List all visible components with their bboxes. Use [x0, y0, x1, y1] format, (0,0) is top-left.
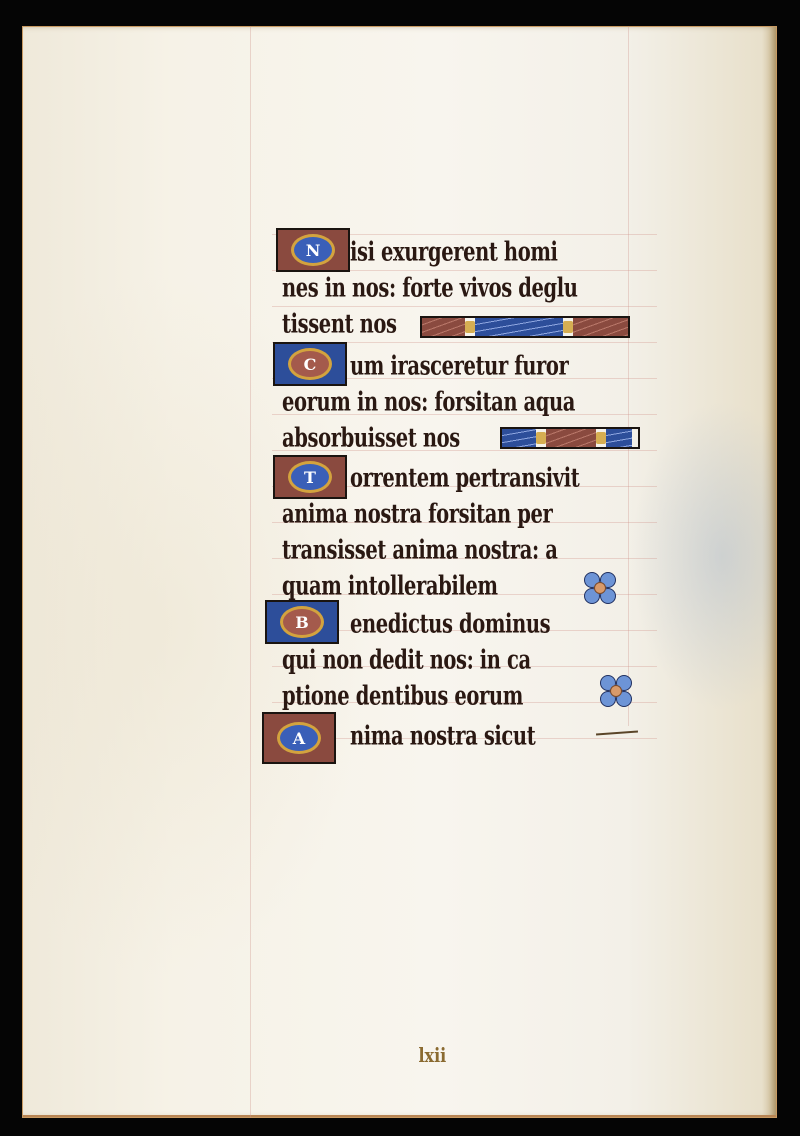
line-filler-ornament — [420, 316, 630, 338]
initial-core: A — [277, 722, 321, 754]
folio-number: lxii — [418, 1043, 446, 1067]
text-line: enedictus dominus — [350, 605, 550, 643]
text-line: anima nostra forsitan per — [282, 495, 552, 533]
line-filler-ornament — [500, 427, 640, 449]
text-line: um irasceretur furor — [350, 347, 568, 385]
text-line: ptione dentibus eorum — [282, 677, 523, 715]
initial-core: C — [288, 348, 332, 380]
text-line: nes in nos: forte vivos deglu — [282, 269, 578, 307]
initial-letter: N — [306, 241, 321, 260]
illuminated-initial-c: C — [273, 342, 347, 386]
text-line: orrentem pertransivit — [350, 459, 579, 497]
text-line: isi exurgerent homi — [350, 233, 558, 271]
text-line: qui non dedit nos: in ca — [282, 641, 531, 679]
text-line: eorum in nos: forsitan aqua — [282, 383, 575, 421]
initial-letter: T — [304, 468, 316, 487]
text-line: tissent nos — [282, 305, 397, 343]
initial-core: B — [280, 606, 324, 638]
initial-core: N — [291, 234, 335, 266]
illuminated-initial-b: B — [265, 600, 339, 644]
ruling-vertical-right — [628, 26, 629, 726]
illuminated-initial-t: T — [273, 455, 347, 499]
flower-ornament — [580, 572, 620, 604]
initial-letter: B — [295, 613, 309, 632]
illuminated-initial-a: A — [262, 712, 336, 764]
text-line: absorbuisset nos — [282, 419, 460, 457]
text-line: nima nostra sicut — [350, 717, 535, 755]
ruling-vertical-left — [250, 26, 251, 1118]
text-line: transisset anima nostra: a — [282, 531, 557, 569]
initial-letter: C — [304, 355, 317, 374]
illuminated-initial-n: N — [276, 228, 350, 272]
text-line: quam intollerabilem — [282, 567, 498, 605]
initial-letter: A — [293, 729, 305, 748]
initial-core: T — [288, 461, 332, 493]
flower-ornament — [596, 675, 636, 707]
